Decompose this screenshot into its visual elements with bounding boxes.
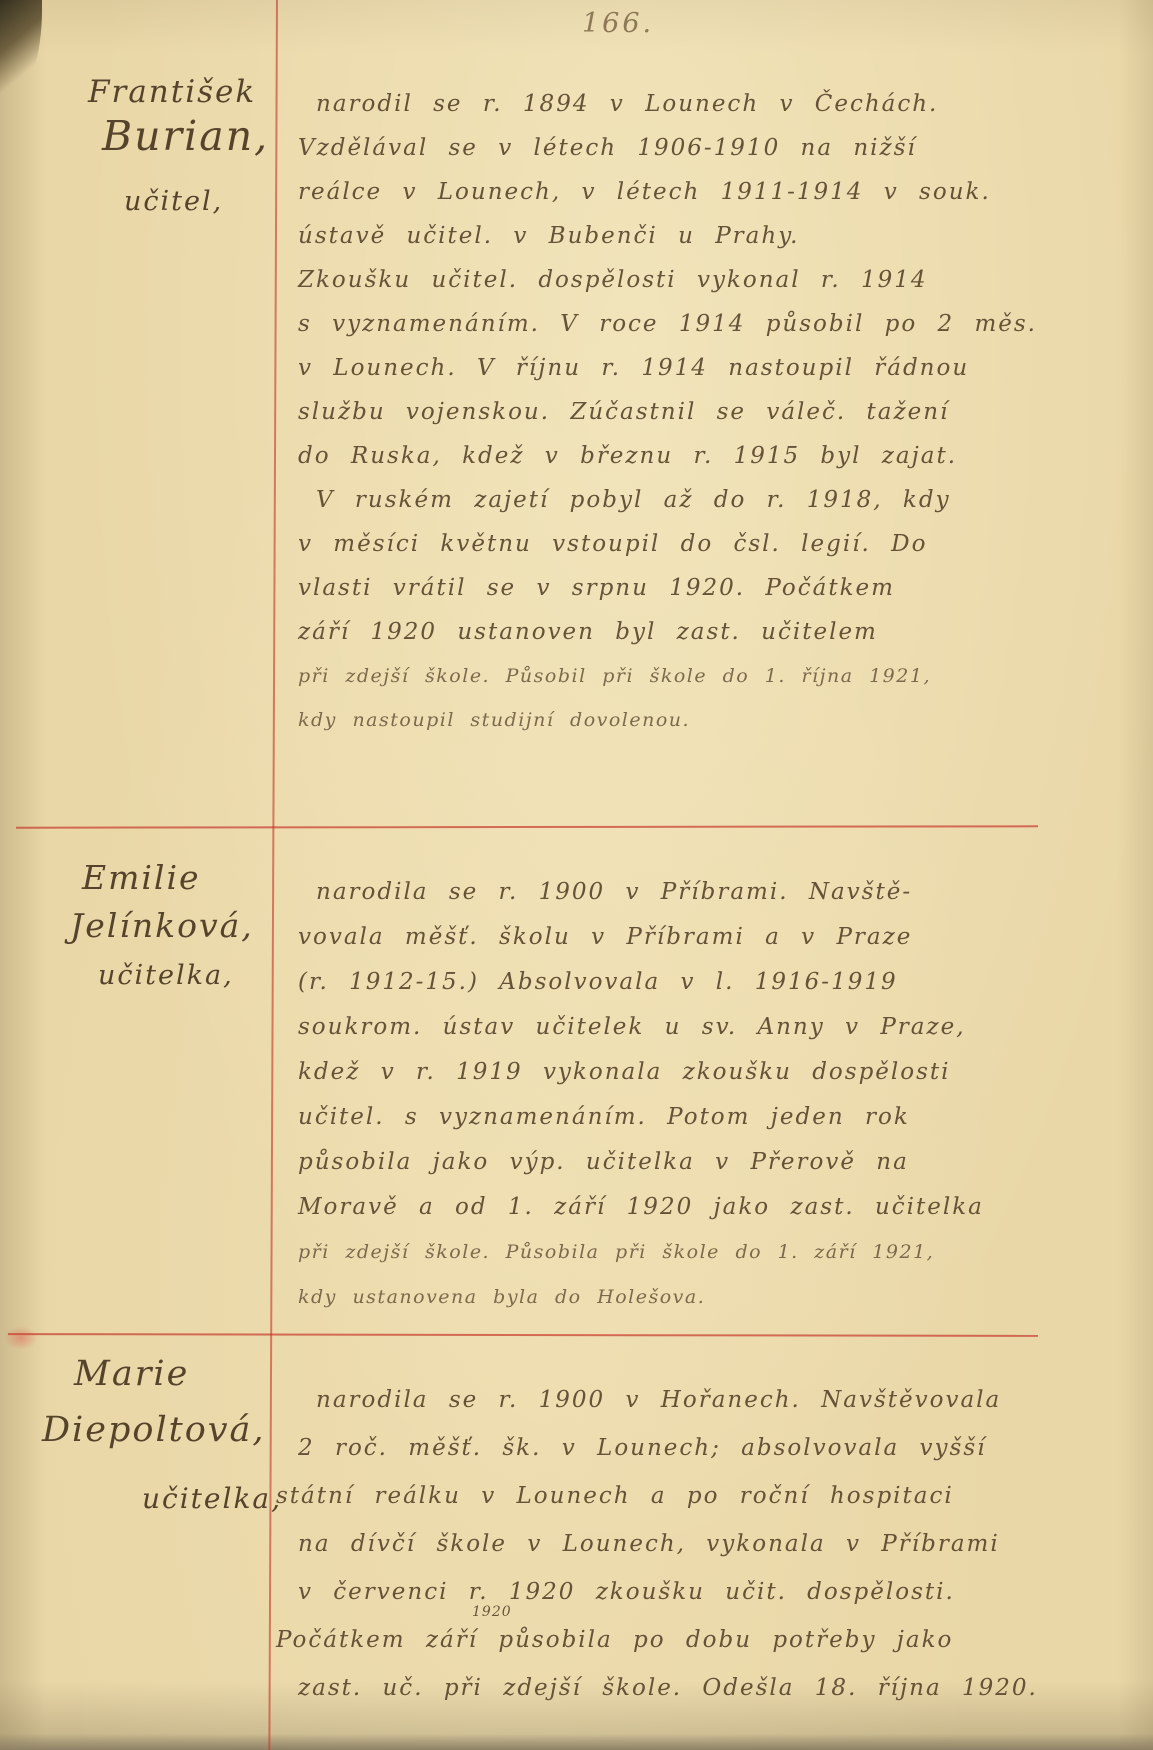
manuscript-line: vovala měšť. školu v Příbrami a v Praze xyxy=(298,917,1038,962)
superscript-year-insert: 1920 xyxy=(472,1604,512,1620)
entry1-name-role: učitel, xyxy=(124,186,223,217)
manuscript-line: Vzdělával se v létech 1906-1910 na nižší xyxy=(298,128,1038,172)
red-ink-smudge xyxy=(4,1326,38,1350)
manuscript-line: státní reálku v Lounech a po roční hospi… xyxy=(276,1474,1038,1522)
entry3-text-block: narodila se r. 1900 v Hořanech. Navštěvo… xyxy=(298,1378,1038,1714)
entry3-name-role: učitelka, xyxy=(142,1482,282,1515)
page-number: 166. xyxy=(582,8,654,39)
manuscript-line: službu vojenskou. Zúčastnil se váleč. ta… xyxy=(298,392,1038,436)
manuscript-line: kdy ustanovena byla do Holešova. xyxy=(298,1277,1038,1322)
manuscript-line: reálce v Lounech, v létech 1911-1914 v s… xyxy=(298,172,1038,216)
manuscript-line: Zkoušku učitel. dospělosti vykonal r. 19… xyxy=(298,260,1038,304)
manuscript-line: (r. 1912-15.) Absolvovala v l. 1916-1919 xyxy=(298,962,1038,1007)
entry3-name-first: Marie xyxy=(74,1354,189,1394)
entry1-name-first: František xyxy=(88,74,256,110)
entry2-text-block: narodila se r. 1900 v Příbrami. Navště- … xyxy=(298,872,1038,1322)
manuscript-line: při zdejší škole. Působila při škole do … xyxy=(298,1232,1038,1277)
manuscript-line: v Lounech. V říjnu r. 1914 nastoupil řád… xyxy=(298,348,1038,392)
manuscript-line: narodila se r. 1900 v Hořanech. Navštěvo… xyxy=(298,1378,1038,1426)
entry1-name-last: Burian, xyxy=(102,112,269,160)
manuscript-line: září 1920 ustanoven byl zast. učitelem xyxy=(298,612,1038,656)
page-bottom-edge xyxy=(0,1734,1153,1750)
manuscript-line: narodil se r. 1894 v Lounech v Čechách. xyxy=(298,84,1038,128)
entry2-name-role: učitelka, xyxy=(98,960,234,991)
manuscript-line: kdy nastoupil studijní dovolenou. xyxy=(298,700,1038,744)
manuscript-page: 166. František Burian, učitel, narodil s… xyxy=(0,0,1153,1750)
manuscript-line: s vyznamenáním. V roce 1914 působil po 2… xyxy=(298,304,1038,348)
manuscript-line: Počátkem září působila po dobu potřeby j… xyxy=(276,1618,1038,1666)
manuscript-line: do Ruska, kdež v březnu r. 1915 byl zaja… xyxy=(298,436,1038,480)
manuscript-line: 2 roč. měšť. šk. v Lounech; absolvovala … xyxy=(298,1426,1038,1474)
manuscript-line: soukrom. ústav učitelek u sv. Anny v Pra… xyxy=(298,1007,1038,1052)
manuscript-line: v měsíci květnu vstoupil do čsl. legií. … xyxy=(298,524,1038,568)
row-divider-1 xyxy=(16,825,1038,828)
entry1-text-block: narodil se r. 1894 v Lounech v Čechách. … xyxy=(298,84,1038,744)
entry2-name-last: Jelínková, xyxy=(70,906,254,945)
manuscript-line: kdež v r. 1919 vykonala zkoušku dospělos… xyxy=(298,1052,1038,1097)
book-corner-shadow xyxy=(0,0,42,96)
entry2-name-first: Emilie xyxy=(82,858,201,897)
manuscript-line: ústavě učitel. v Bubenči u Prahy. xyxy=(298,216,1038,260)
manuscript-line: na dívčí škole v Lounech, vykonala v Pří… xyxy=(298,1522,1038,1570)
manuscript-line: při zdejší škole. Působil při škole do 1… xyxy=(298,656,1038,700)
manuscript-line: vlasti vrátil se v srpnu 1920. Počátkem xyxy=(298,568,1038,612)
entry3-name-last: Diepoltová, xyxy=(42,1410,266,1450)
manuscript-line: V ruském zajetí pobyl až do r. 1918, kdy xyxy=(298,480,1038,524)
manuscript-line: zast. uč. při zdejší škole. Odešla 18. ř… xyxy=(298,1666,1038,1714)
manuscript-line: narodila se r. 1900 v Příbrami. Navště- xyxy=(298,872,1038,917)
manuscript-line: učitel. s vyznamenáním. Potom jeden rok xyxy=(298,1097,1038,1142)
row-divider-2 xyxy=(8,1333,1038,1337)
manuscript-line: působila jako výp. učitelka v Přerově na xyxy=(298,1142,1038,1187)
manuscript-line: v červenci r. 1920 zkoušku učit. dospělo… xyxy=(298,1570,1038,1618)
manuscript-line: Moravě a od 1. září 1920 jako zast. učit… xyxy=(298,1187,1038,1232)
